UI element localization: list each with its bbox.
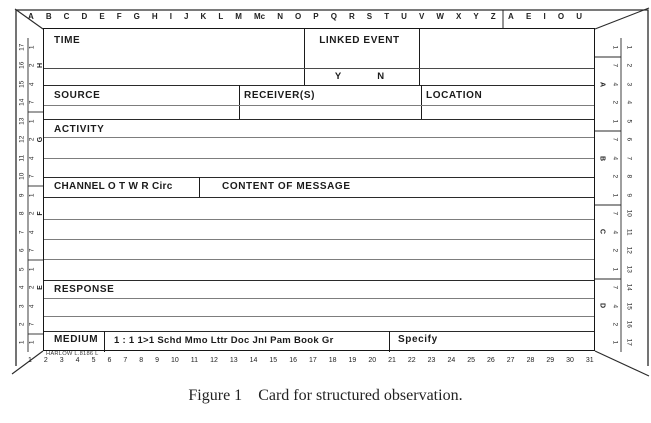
ruled-line (44, 219, 594, 220)
ruled-line (44, 316, 594, 317)
edge-letter: U (401, 12, 407, 21)
receivers-field-label: RECEIVER(S) (244, 90, 315, 101)
edge-number: 5 (92, 357, 96, 364)
edge-code-digit: 7 (611, 133, 618, 147)
edge-row-number: 7 (19, 226, 26, 237)
edge-row-number: 12 (19, 134, 26, 145)
edge-code-row: 7 6 (597, 130, 639, 148)
edge-letter: Mc (254, 12, 265, 21)
specify-field-label: Specify (398, 334, 438, 345)
edge-row-number: 15 (19, 79, 26, 90)
edge-letter: E (526, 12, 531, 21)
edge-number: 6 (107, 357, 111, 364)
edge-row-number: 3 (19, 300, 26, 311)
edge-number: 7 (123, 357, 127, 364)
edge-row-number: 13 (19, 116, 26, 127)
location-field-label: LOCATION (426, 90, 482, 101)
linked-event-yes-option: Y (335, 71, 341, 82)
divider (239, 85, 240, 119)
edge-letter: S (367, 12, 372, 21)
edge-letter: Z (491, 12, 496, 21)
edge-row-number: 15 (625, 299, 632, 313)
edge-code-row: 6 7 (17, 241, 44, 259)
response-field-label: RESPONSE (54, 284, 114, 295)
edge-row-number: 6 (625, 133, 632, 147)
edge-row-number: 9 (19, 189, 26, 200)
edge-number: 10 (171, 357, 179, 364)
edge-group-letter: A (599, 79, 606, 89)
scanned-figure-page: ABCDEFGHIJKLMMcNOPQRSTUVWXYZ AEIOU 17 1 … (0, 0, 651, 423)
edge-letter: A (508, 12, 514, 21)
divider (104, 331, 105, 352)
edge-code-row: 2 8 (597, 167, 639, 185)
left-edge-code-strip: 17 1 16 2 H 15 4 14 7 13 1 12 2 G 11 4 (17, 38, 44, 352)
figure-caption: Figure 1Card for structured observation. (0, 387, 651, 405)
edge-code-row: 7 10 (597, 204, 639, 222)
activity-field-label: ACTIVITY (54, 124, 104, 135)
edge-code-row: D 4 15 (597, 297, 639, 315)
edge-row-number: 4 (625, 96, 632, 110)
edge-group-letter: D (599, 301, 606, 311)
edge-code-row: 9 1 (17, 186, 44, 204)
linked-event-field-label: LINKED EVENT (302, 35, 417, 46)
edge-code-row: 1 5 (597, 112, 639, 130)
edge-code-digit: 7 (611, 59, 618, 73)
edge-number: 30 (566, 357, 574, 364)
edge-letter: M (235, 12, 242, 21)
edge-row-number: 14 (625, 280, 632, 294)
edge-number: 11 (191, 357, 198, 364)
edge-number: 12 (210, 357, 218, 364)
edge-number: 28 (527, 357, 535, 364)
edge-letter: I (170, 12, 172, 21)
edge-row-number: 3 (625, 77, 632, 91)
edge-row-number: 17 (19, 42, 26, 53)
edge-code-digit: 7 (29, 246, 36, 255)
edge-number: 23 (428, 357, 436, 364)
ruled-line (44, 239, 594, 240)
edge-letter: V (419, 12, 424, 21)
edge-number: 27 (507, 357, 515, 364)
edge-code-row: 2 4 (597, 93, 639, 111)
edge-number: 4 (76, 357, 80, 364)
edge-code-digit: 1 (29, 117, 36, 126)
edge-row-number: 11 (625, 225, 632, 239)
edge-code-digit: 7 (611, 280, 618, 294)
edge-number: 24 (447, 357, 455, 364)
source-field-label: SOURCE (54, 90, 100, 101)
edge-number: 31 (586, 357, 594, 364)
edge-number: 29 (546, 357, 554, 364)
edge-code-digit: 4 (611, 299, 618, 313)
edge-row-number: 2 (625, 59, 632, 73)
edge-code-row: 2 7 (17, 315, 44, 333)
edge-code-row: 3 4 (17, 297, 44, 315)
edge-row-number: 2 (19, 319, 26, 330)
edge-code-digit: 1 (29, 190, 36, 199)
edge-number: 13 (230, 357, 238, 364)
section-divider (44, 119, 594, 120)
edge-code-row: 5 1 (17, 260, 44, 278)
edge-code-digit: 7 (611, 206, 618, 220)
edge-group-letter: C (599, 227, 606, 237)
edge-letter: F (117, 12, 122, 21)
edge-code-digit: 4 (611, 151, 618, 165)
row-line (44, 68, 594, 69)
edge-letter: Q (331, 12, 337, 21)
right-edge-code-strip: 1 1 7 2 A 4 3 2 4 1 5 7 6 B 4 7 2 (597, 38, 639, 352)
edge-letter: R (349, 12, 355, 21)
edge-code-row: 1 17 (597, 334, 639, 352)
edge-row-number: 8 (625, 170, 632, 184)
edge-number: 9 (155, 357, 159, 364)
edge-number: 14 (250, 357, 258, 364)
observation-form: TIME LINKED EVENT Y N SOURCE RECEIVER(S)… (43, 28, 595, 351)
edge-number: 1 (28, 357, 32, 364)
edge-row-number: 16 (625, 317, 632, 331)
section-divider (44, 197, 594, 198)
edge-code-row: C 4 11 (597, 223, 639, 241)
edge-number: 15 (269, 357, 277, 364)
edge-code-digit: 1 (611, 336, 618, 350)
edge-row-number: 6 (19, 245, 26, 256)
divider (421, 85, 422, 119)
figure-caption-text: Card for structured observation. (258, 387, 462, 404)
edge-row-number: 13 (625, 262, 632, 276)
edge-code-digit: 2 (29, 135, 36, 144)
edge-code-digit: 4 (611, 225, 618, 239)
edge-code-digit: 7 (29, 320, 36, 329)
edge-letter: O (558, 12, 564, 21)
divider (419, 29, 420, 85)
section-divider (44, 280, 594, 281)
edge-code-row: 10 7 (17, 167, 44, 185)
edge-code-digit: 1 (29, 264, 36, 273)
edge-letter: T (384, 12, 389, 21)
edge-code-digit: 4 (29, 301, 36, 310)
medium-field-label: MEDIUM (54, 334, 98, 345)
edge-row-number: 7 (625, 151, 632, 165)
edge-code-row: A 4 3 (597, 75, 639, 93)
edge-code-row: 1 13 (597, 260, 639, 278)
edge-code-digit: 7 (29, 172, 36, 181)
edge-letter: W (436, 12, 444, 21)
divider (199, 177, 200, 197)
edge-code-digit: 2 (611, 317, 618, 331)
edge-code-digit: 1 (611, 40, 618, 54)
edge-number: 26 (487, 357, 495, 364)
edge-code-row: 13 1 (17, 112, 44, 130)
edge-row-number: 1 (625, 40, 632, 54)
edge-letter: D (81, 12, 87, 21)
edge-code-digit: 1 (611, 114, 618, 128)
section-divider (44, 85, 594, 86)
edge-number: 20 (368, 357, 376, 364)
edge-code-row: 17 1 (17, 38, 44, 56)
edge-code-row: B 4 7 (597, 149, 639, 167)
edge-letter: N (277, 12, 283, 21)
edge-code-digit: 1 (611, 262, 618, 276)
edge-code-digit: 1 (29, 338, 36, 347)
medium-options: 1 : 1 1>1 Schd Mmo Lttr Doc Jnl Pam Book… (114, 335, 334, 346)
edge-code-digit: 1 (29, 43, 36, 52)
edge-letter: P (313, 12, 318, 21)
edge-row-number: 5 (625, 114, 632, 128)
edge-row-number: 16 (19, 60, 26, 71)
edge-row-number: 10 (625, 206, 632, 220)
edge-code-digit: 7 (29, 98, 36, 107)
edge-group-letter: B (599, 153, 606, 163)
edge-row-number: 12 (625, 243, 632, 257)
edge-number: 21 (388, 357, 396, 364)
edge-code-digit: 2 (611, 243, 618, 257)
edge-code-digit: 2 (29, 61, 36, 70)
ruled-line (44, 137, 594, 138)
edge-letter: A (28, 12, 34, 21)
edge-letter: X (456, 12, 461, 21)
edge-row-number: 4 (19, 282, 26, 293)
edge-row-number: 9 (625, 188, 632, 202)
edge-code-row: 16 2 H (17, 56, 44, 74)
edge-row-number: 1 (19, 337, 26, 348)
edge-code-row: 12 2 G (17, 130, 44, 148)
edge-row-number: 10 (19, 171, 26, 182)
content-field-label: CONTENT OF MESSAGE (222, 181, 351, 192)
edge-letter: K (201, 12, 207, 21)
edge-number: 8 (139, 357, 143, 364)
edge-letter: U (576, 12, 582, 21)
edge-letter: G (134, 12, 140, 21)
edge-code-digit: 2 (29, 209, 36, 218)
ruled-line (44, 105, 594, 106)
edge-code-row: 7 4 (17, 223, 44, 241)
figure-number: Figure 1 (188, 387, 242, 404)
edge-number: 17 (309, 357, 317, 364)
edge-code-digit: 1 (611, 188, 618, 202)
ruled-line (44, 298, 594, 299)
edge-code-row: 1 1 (17, 334, 44, 352)
edge-letter: I (543, 12, 545, 21)
edge-number: 16 (289, 357, 297, 364)
edge-number: 19 (349, 357, 357, 364)
edge-row-number: 8 (19, 208, 26, 219)
edge-code-row: 11 4 (17, 149, 44, 167)
edge-code-digit: 2 (29, 283, 36, 292)
edge-letter: J (184, 12, 188, 21)
ruled-line (44, 158, 594, 159)
edge-row-number: 14 (19, 97, 26, 108)
edge-letter: E (99, 12, 104, 21)
edge-letter: L (218, 12, 223, 21)
edge-code-row: 1 1 (597, 38, 639, 56)
edge-number: 22 (408, 357, 416, 364)
edge-code-digit: 2 (611, 170, 618, 184)
edge-code-row: 14 7 (17, 93, 44, 111)
edge-code-digit: 2 (611, 96, 618, 110)
edge-code-digit: 4 (611, 77, 618, 91)
edge-number: 2 (44, 357, 48, 364)
section-divider (44, 177, 594, 178)
top-edge-vowel-scale: AEIOU (508, 12, 582, 21)
ruled-line (44, 259, 594, 260)
edge-code-digit: 4 (29, 154, 36, 163)
edge-code-row: 15 4 (17, 75, 44, 93)
edge-letter: O (295, 12, 301, 21)
edge-row-number: 17 (625, 336, 632, 350)
divider (389, 331, 390, 352)
edge-code-row: 2 16 (597, 315, 639, 333)
edge-code-row: 7 14 (597, 278, 639, 296)
edge-number: 18 (329, 357, 337, 364)
edge-code-digit: 4 (29, 227, 36, 236)
edge-code-digit: 4 (29, 80, 36, 89)
edge-letter: C (64, 12, 70, 21)
edge-number: 25 (467, 357, 475, 364)
top-edge-letter-scale: ABCDEFGHIJKLMMcNOPQRSTUVWXYZ (28, 12, 496, 21)
bottom-edge-number-scale: 1234567891011121314151617181920212223242… (28, 357, 594, 364)
edge-letter: H (152, 12, 158, 21)
time-field-label: TIME (54, 35, 80, 46)
linked-event-yn: Y N (302, 71, 417, 82)
edge-code-row: 8 2 F (17, 204, 44, 222)
edge-row-number: 11 (19, 153, 26, 164)
edge-code-row: 1 9 (597, 186, 639, 204)
edge-number: 3 (60, 357, 64, 364)
edge-code-row: 2 12 (597, 241, 639, 259)
edge-letter: Y (473, 12, 478, 21)
edge-row-number: 5 (19, 263, 26, 274)
edge-letter: B (46, 12, 52, 21)
channel-field-label: CHANNEL O T W R Circ (54, 181, 173, 192)
edge-code-row: 7 2 (597, 56, 639, 74)
linked-event-no-option: N (377, 71, 384, 82)
section-divider (44, 331, 594, 332)
edge-code-row: 4 2 E (17, 278, 44, 296)
